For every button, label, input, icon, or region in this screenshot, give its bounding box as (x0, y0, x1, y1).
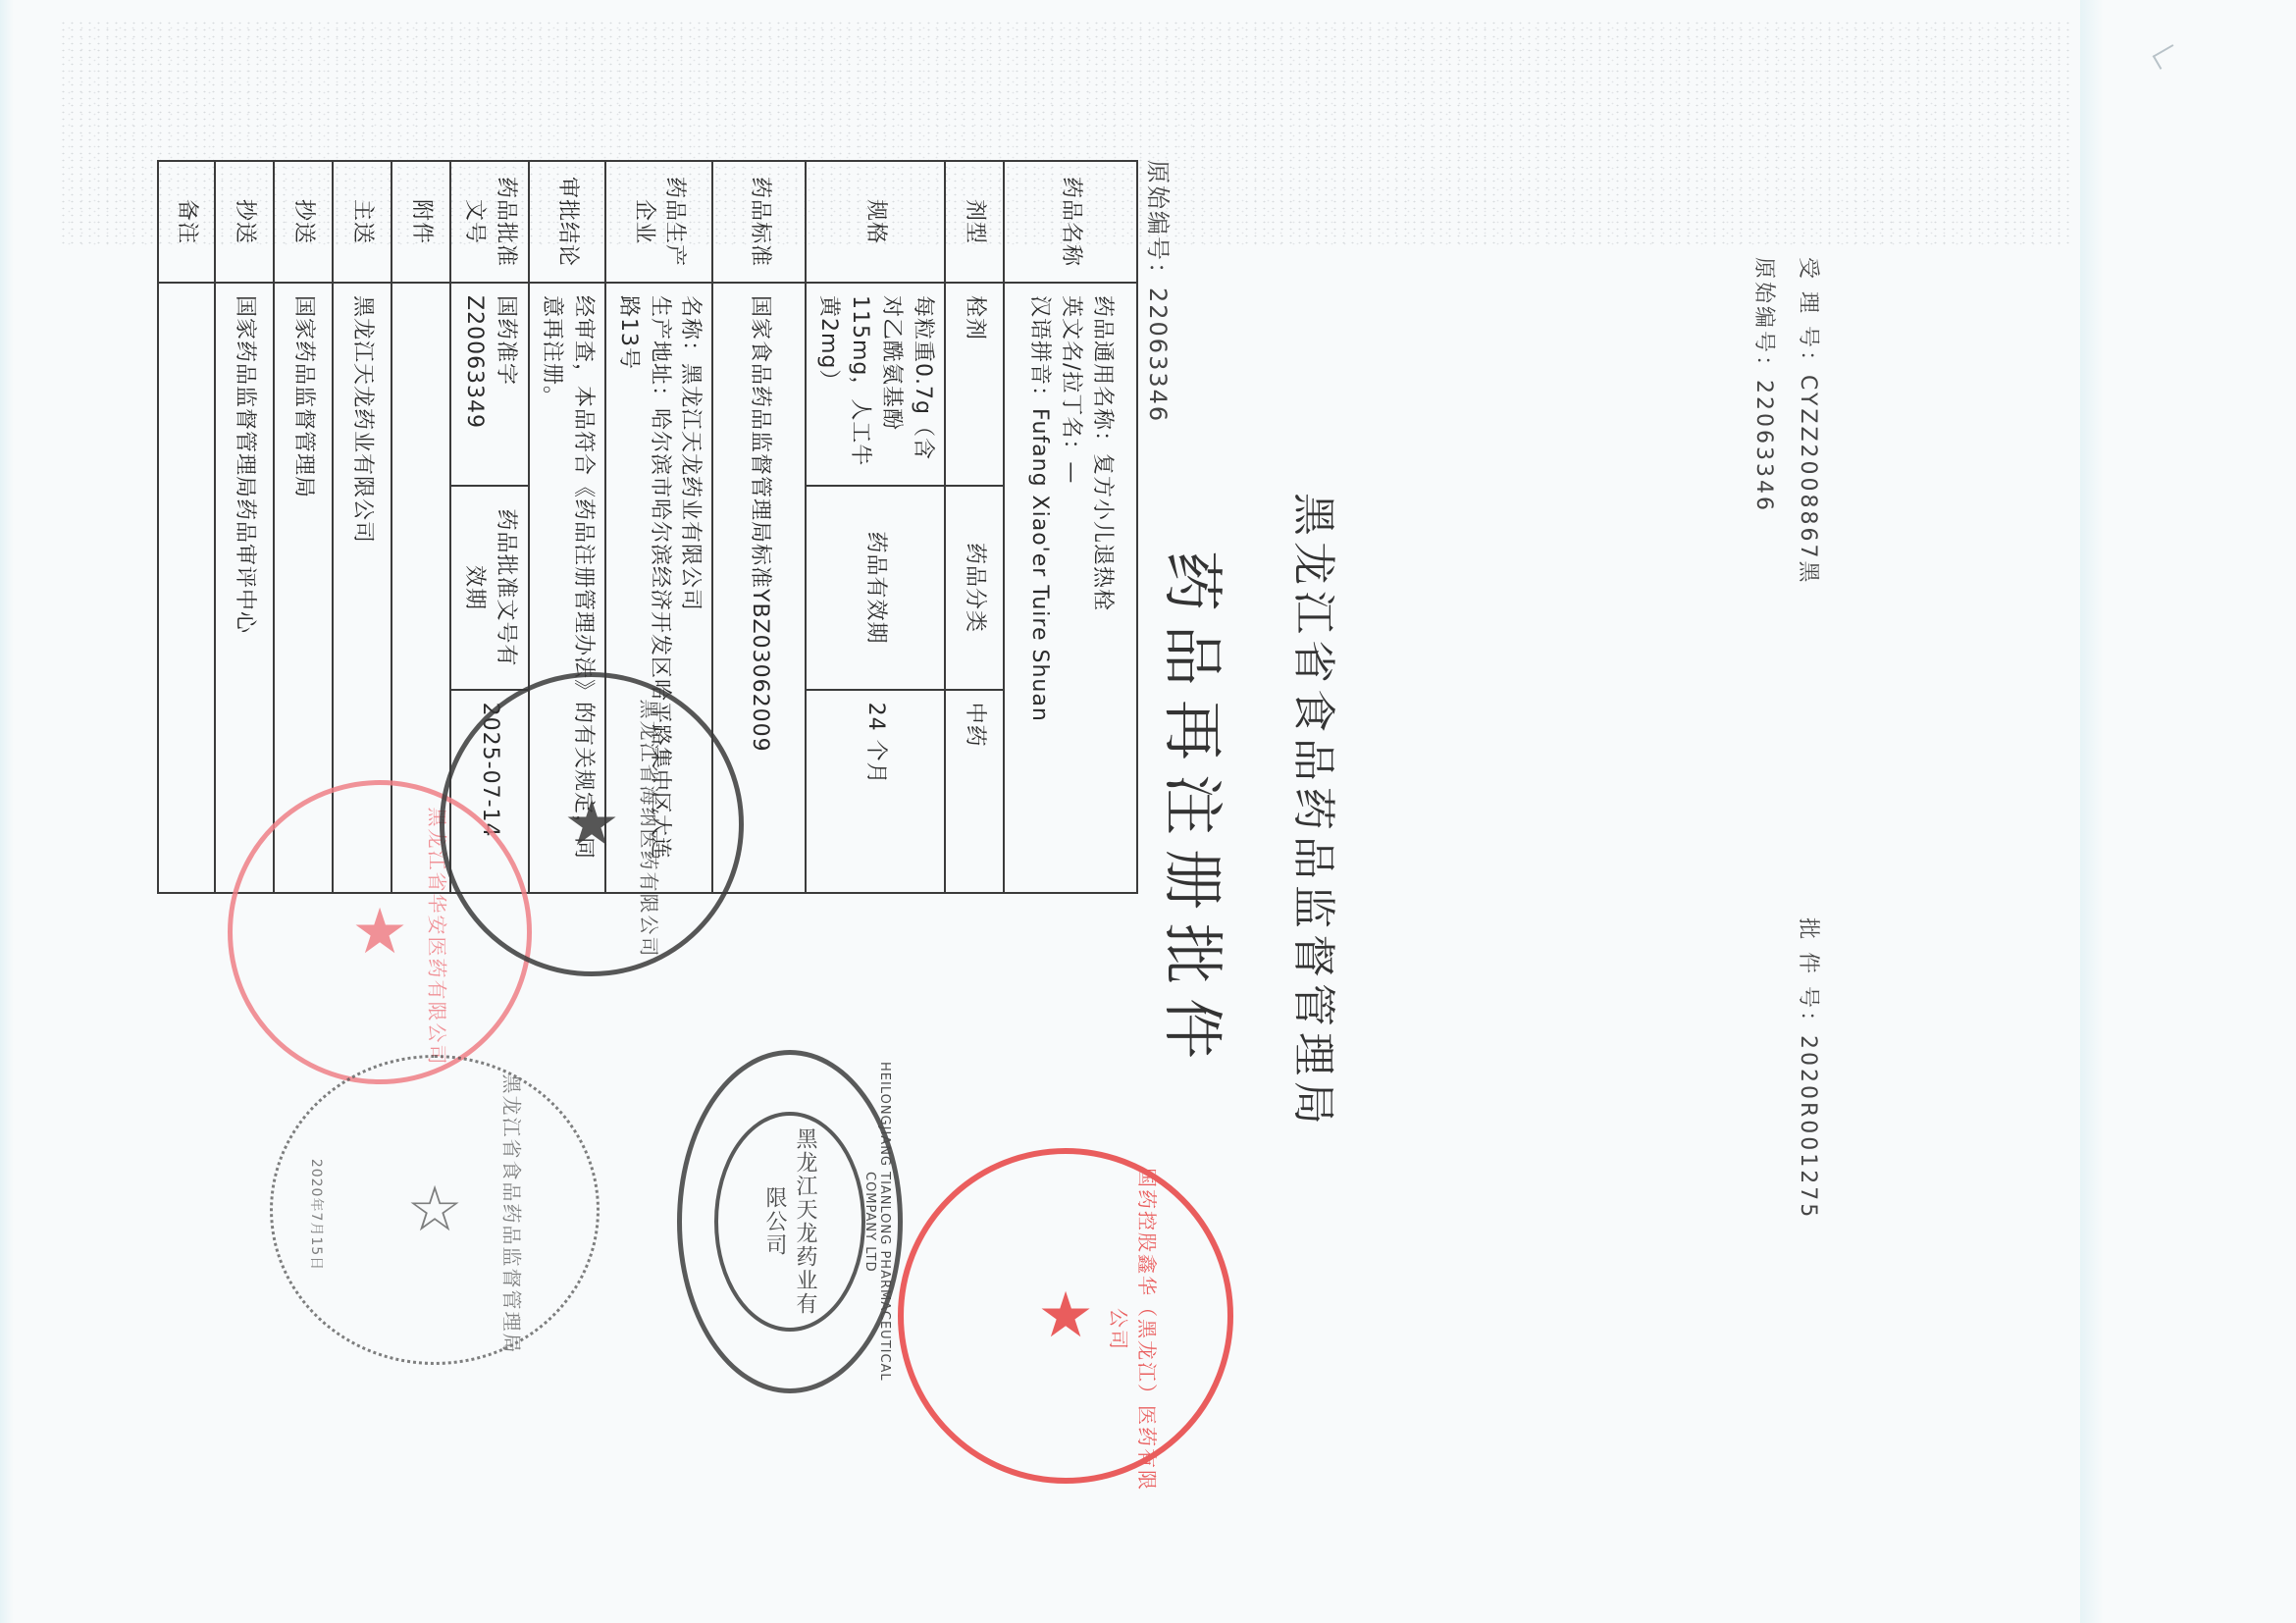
approval-number-line: 批 件 号：2020R001275 (1795, 917, 1825, 1220)
generic-name: 药品通用名称：复方小儿退热栓 (1086, 295, 1118, 880)
distributor-red-stamp: 国药控股鑫华（黑龙江）医药有限公司 ★ (898, 1148, 1233, 1484)
conclusion-label: 审批结论 (529, 161, 605, 283)
approval-number-label: 药品批准文号 (450, 161, 529, 283)
attachment-label: 附件 (391, 161, 450, 283)
star-outline-icon: ☆ (406, 1178, 462, 1241)
shelf-life-value: 24 个月 (806, 690, 945, 893)
note-value (158, 283, 215, 893)
table-row: 药品名称 药品通用名称：复方小儿退热栓 英文名/拉丁名：— 汉语拼音：Fufan… (1004, 161, 1137, 893)
table-row: 抄送 国家药品监督管理局药品审评中心 (215, 161, 274, 893)
star-icon: ★ (1037, 1284, 1093, 1347)
cc2-label: 抄送 (215, 161, 274, 283)
dosage-form-value: 栓剂 (945, 283, 1004, 486)
note-label: 备注 (158, 161, 215, 283)
shelf-life-label: 药品有效期 (806, 486, 945, 689)
table-row: 规格 每粒重0.7g（含对乙酰氨基酚115mg，人工牛黄2mg） 药品有效期 2… (806, 161, 945, 893)
pinyin-name: 汉语拼音：Fufang Xiao'er Tuire Shuan (1023, 295, 1055, 880)
category-value: 中药 (945, 690, 1004, 893)
main-to-label: 主送 (333, 161, 391, 283)
english-name: 英文名/拉丁名：— (1055, 295, 1086, 880)
dark-company-stamp: 黑龙江省海纳医药有限公司 ★ (440, 672, 744, 976)
table-row: 剂型 栓剂 药品分类 中药 (945, 161, 1004, 893)
approval-number-value: 国药准字Z20063349 (450, 283, 529, 486)
star-icon: ★ (563, 793, 619, 856)
cc-label: 抄送 (274, 161, 333, 283)
drug-name-cell: 药品通用名称：复方小儿退热栓 英文名/拉丁名：— 汉语拼音：Fufang Xia… (1004, 283, 1137, 893)
manufacturer-label: 药品生产企业 (605, 161, 713, 283)
drug-name-label: 药品名称 (1004, 161, 1137, 283)
table-row: 备注 (158, 161, 215, 893)
spec-value: 每粒重0.7g（含对乙酰氨基酚115mg，人工牛黄2mg） (806, 283, 945, 486)
issuing-authority: 黑龙江省食品药品监督管理局 (1286, 0, 1349, 1623)
star-icon: ★ (351, 901, 407, 964)
table-row: 抄送 国家药品监督管理局 (274, 161, 333, 893)
approval-validity-label: 药品批准文号有效期 (450, 486, 529, 689)
category-label: 药品分类 (945, 486, 1004, 689)
cc2-value: 国家药品监督管理局药品审评中心 (215, 283, 274, 893)
manufacturer-oval-stamp: HEILONGJIANG TIANLONG PHARMACEUTICAL COM… (677, 1050, 903, 1393)
original-number-line: 原始编号：22063346 (1750, 257, 1781, 513)
standard-label: 药品标准 (712, 161, 806, 283)
authority-seal: 黑龙江省食品药品监督管理局 ☆ 2020年7月15日 (270, 1055, 600, 1365)
spec-label: 规格 (806, 161, 945, 283)
acceptance-number-line: 受 理 号：CYZZ2008867黑 (1795, 257, 1825, 586)
dosage-form-label: 剂型 (945, 161, 1004, 283)
original-number: 原始编号：22063346 (1143, 160, 1177, 423)
